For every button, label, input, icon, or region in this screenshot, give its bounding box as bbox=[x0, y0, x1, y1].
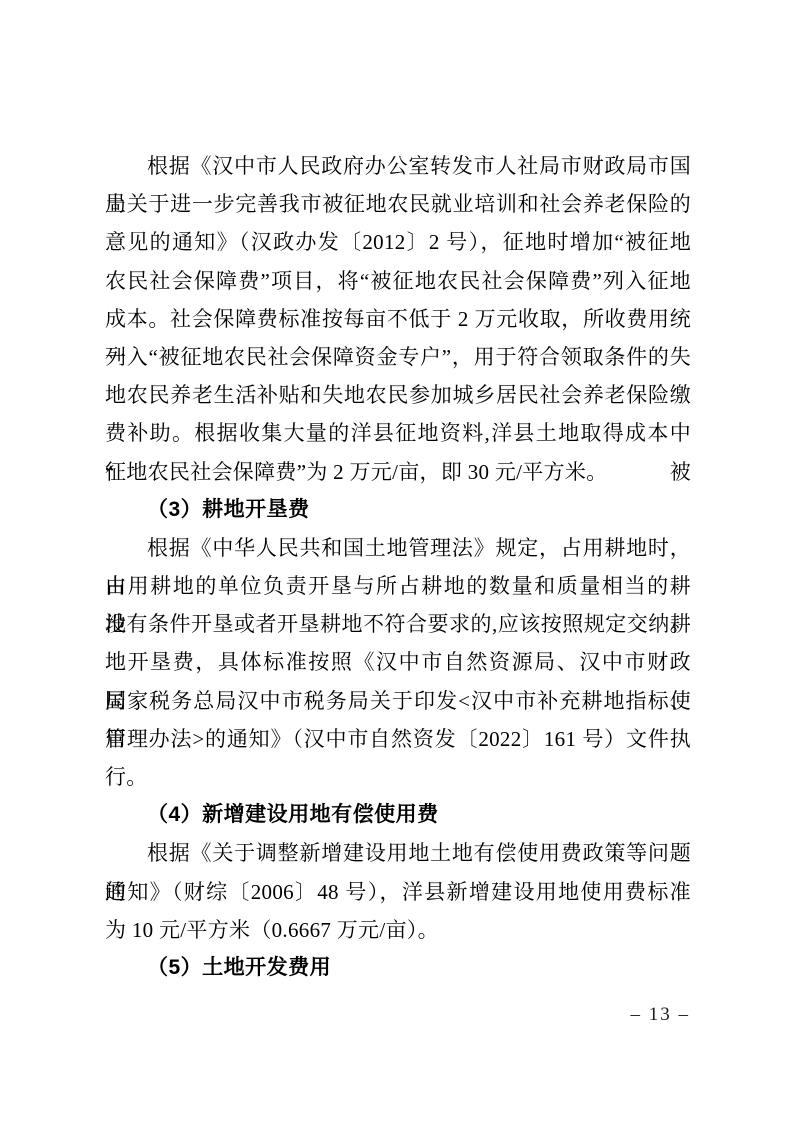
section-heading: （3）耕地开垦费 bbox=[105, 491, 691, 529]
section-heading: （4）新增建设用地有偿使用费 bbox=[105, 796, 691, 834]
text-line: 根据《关于调整新增建设用地土地有偿使用费政策等问题的 bbox=[105, 834, 691, 872]
document-body: 根据《汉中市人民政府办公室转发市人社局市财政局市国土局关于进一步完善我市被征地农… bbox=[105, 147, 691, 987]
text-line: 通知》（财综〔2006〕48 号），洋县新增建设用地使用费标准 bbox=[105, 873, 691, 911]
text-line: 成本。社会保障费标准按每亩不低于 2 万元收取，所收费用统一 bbox=[105, 300, 691, 338]
text-line: 征地农民社会保障费”为 2 万元/亩，即 30 元/平方米。 bbox=[105, 453, 691, 491]
text-line: 占用耕地的单位负责开垦与所占耕地的数量和质量相当的耕地。 bbox=[105, 567, 691, 605]
text-line: 意见的通知》（汉政办发〔2012〕2 号），征地时增加“被征地 bbox=[105, 223, 691, 261]
text-line: 根据《中华人民共和国土地管理法》规定，占用耕地时，由 bbox=[105, 529, 691, 567]
document-page: 根据《汉中市人民政府办公室转发市人社局市财政局市国土局关于进一步完善我市被征地农… bbox=[0, 0, 793, 1122]
section-heading: （5）土地开发费用 bbox=[105, 949, 691, 987]
text-line: 根据《汉中市人民政府办公室转发市人社局市财政局市国土 bbox=[105, 147, 691, 185]
text-line: 地农民养老生活补贴和失地农民参加城乡居民社会养老保险缴 bbox=[105, 376, 691, 414]
text-line: 没有条件开垦或者开垦耕地不符合要求的,应该按照规定交纳耕 bbox=[105, 605, 691, 643]
page-number: – 13 – bbox=[631, 1001, 691, 1029]
text-line: 局关于进一步完善我市被征地农民就业培训和社会养老保险的 bbox=[105, 185, 691, 223]
text-line: 行。 bbox=[105, 758, 691, 796]
text-line: 费补助。根据收集大量的洋县征地资料,洋县土地取得成本中“被 bbox=[105, 414, 691, 452]
text-line: 农民社会保障费”项目，将“被征地农民社会保障费”列入征地 bbox=[105, 262, 691, 300]
text-line: 列入“被征地农民社会保障资金专户”，用于符合领取条件的失 bbox=[105, 338, 691, 376]
text-line: 管理办法>的通知》（汉中市自然资发〔2022〕161 号）文件执 bbox=[105, 720, 691, 758]
text-line: 为 10 元/平方米（0.6667 万元/亩）。 bbox=[105, 911, 691, 949]
text-line: 国家税务总局汉中市税务局关于印发<汉中市补充耕地指标使用 bbox=[105, 682, 691, 720]
text-line: 地开垦费，具体标准按照《汉中市自然资源局、汉中市财政局、 bbox=[105, 643, 691, 681]
